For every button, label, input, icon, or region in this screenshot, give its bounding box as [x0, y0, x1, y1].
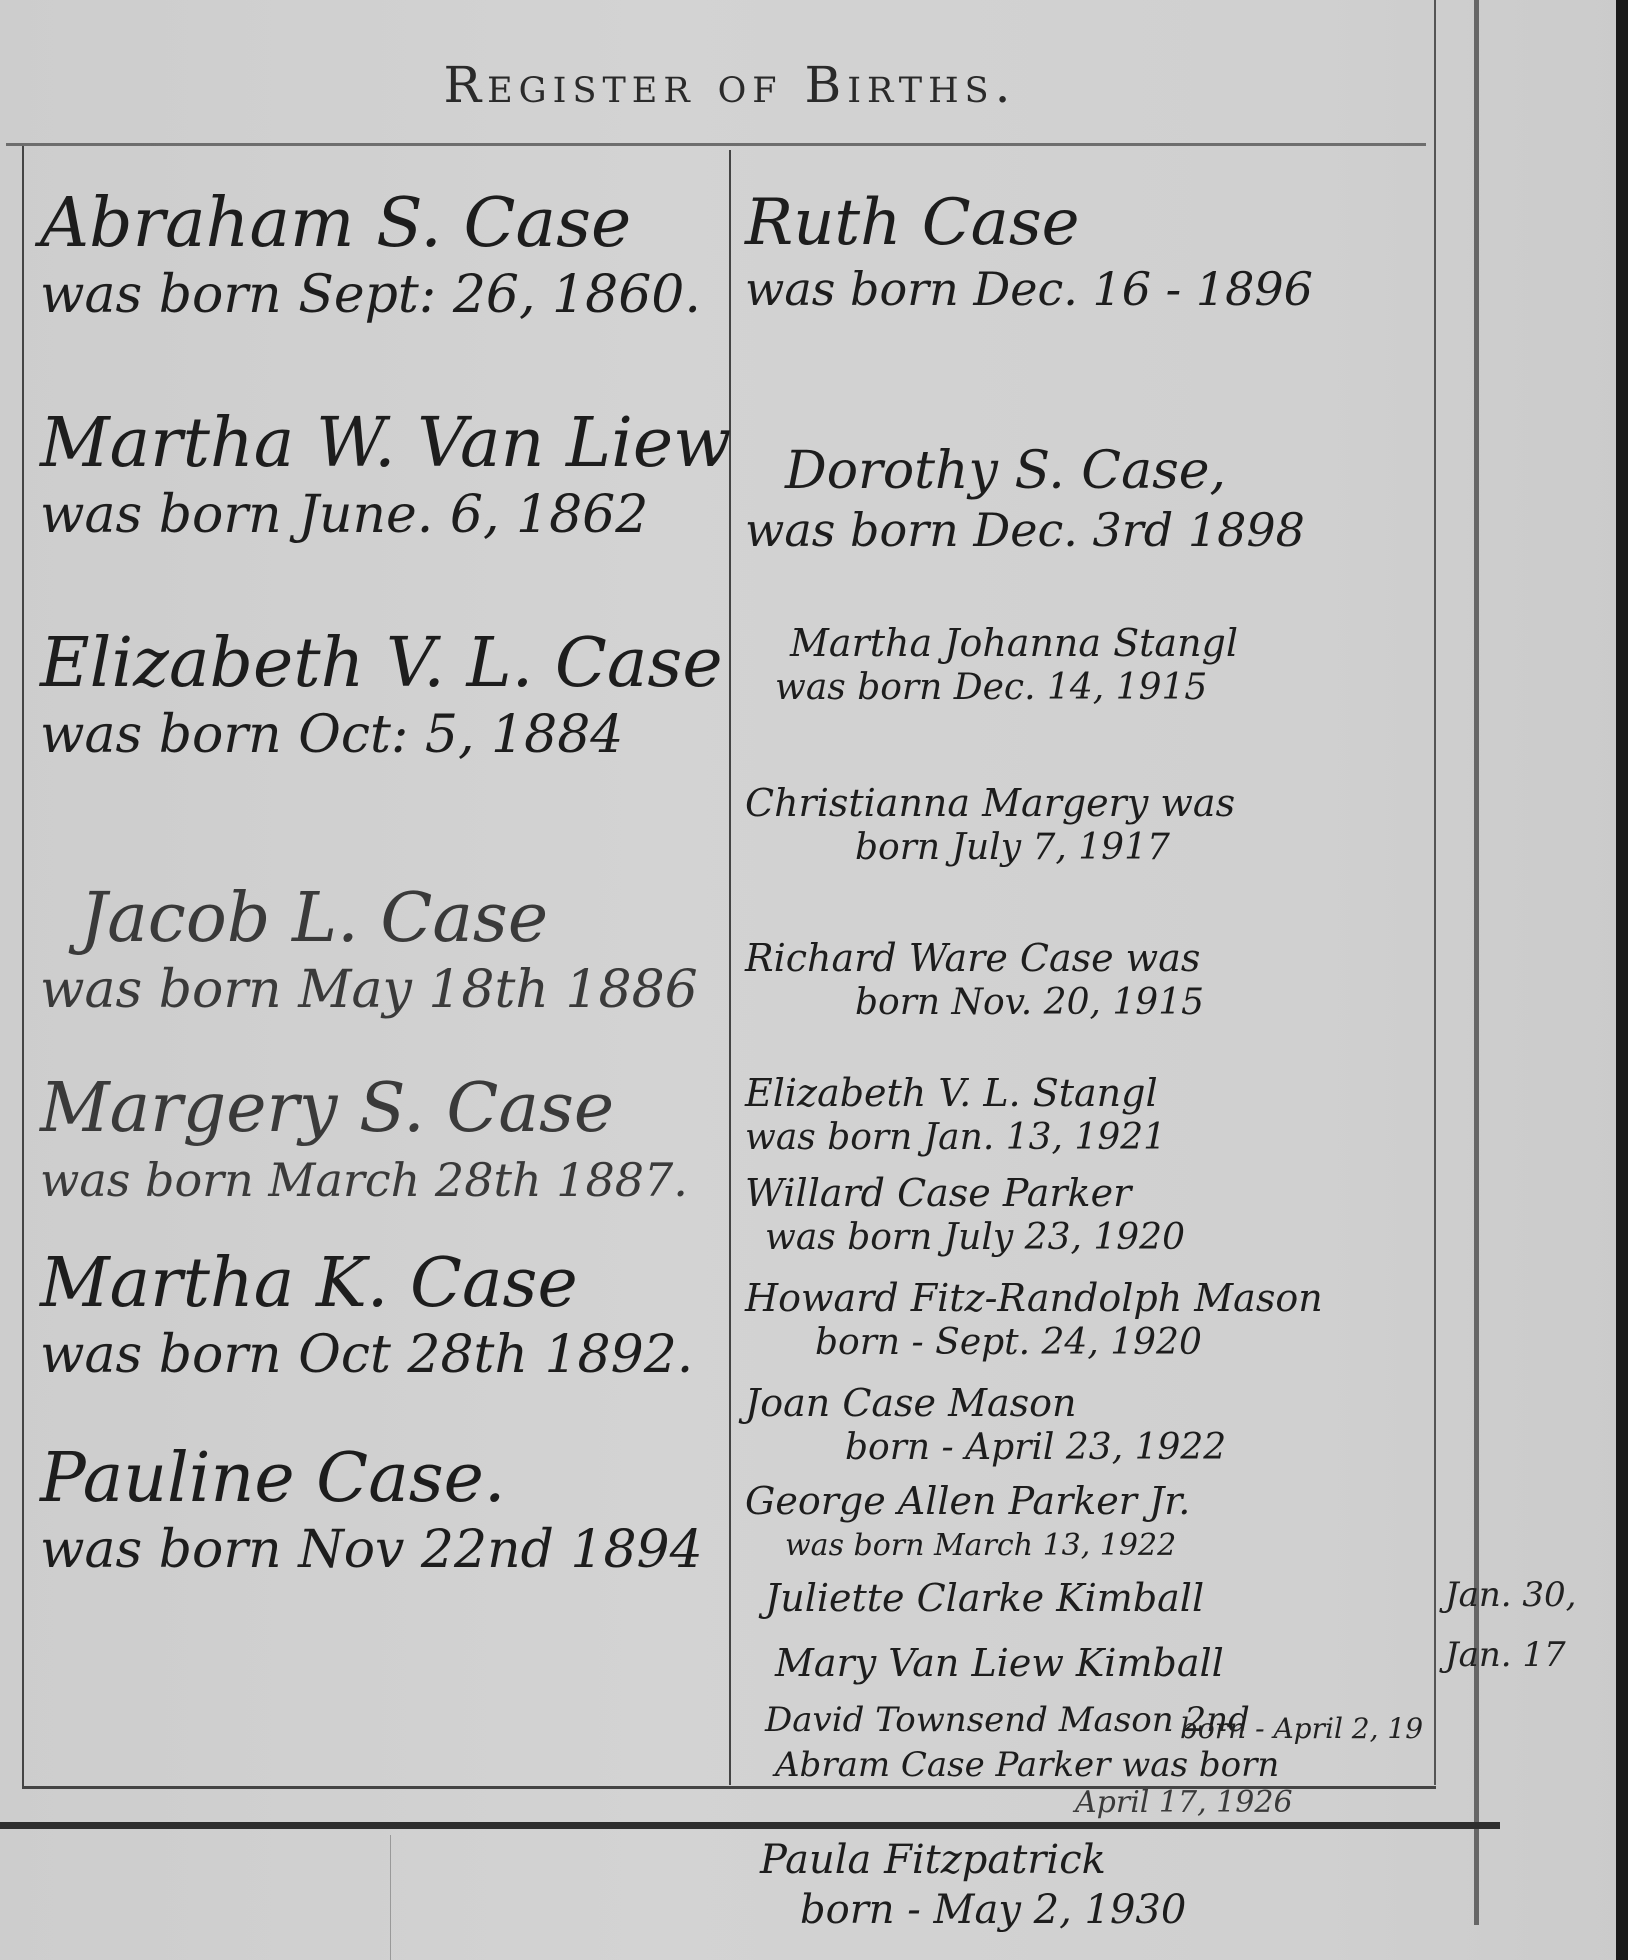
entry-name: Margery S. Case [40, 1070, 720, 1148]
margin-date: Jan. 30, [1445, 1575, 1576, 1615]
birth-entry: George Allen Parker Jr. was born March 1… [745, 1478, 1445, 1568]
entry-date: was born June. 6, 1862 [40, 483, 720, 547]
birth-entry: Martha W. Van Liew was born June. 6, 186… [40, 405, 720, 547]
entry-date: was born March 13, 1922 [745, 1524, 1445, 1568]
entry-date: was born May 18th 1886 [40, 958, 720, 1022]
birth-entry: Pauline Case. was born Nov 22nd 1894 [40, 1440, 720, 1582]
margin-date: Jan. 17 [1445, 1635, 1566, 1675]
entry-name: Juliette Clarke Kimball [745, 1575, 1445, 1621]
entry-name: Willard Case Parker [745, 1170, 1445, 1216]
header-rule [6, 143, 1426, 146]
entry-date: born Nov. 20, 1915 [745, 981, 1445, 1025]
entry-name: Abram Case Parker was born [745, 1745, 1445, 1785]
entry-name: George Allen Parker Jr. [745, 1478, 1445, 1524]
entry-date: was born Oct 28th 1892. [40, 1323, 720, 1387]
birth-entry: Juliette Clarke Kimball [745, 1575, 1445, 1621]
entry-date: April 17, 1926 [745, 1785, 1445, 1821]
page-edge-shadow [1616, 0, 1628, 1960]
entry-date: was born Sept: 26, 1860. [40, 263, 720, 327]
entry-name: Mary Van Liew Kimball [745, 1640, 1445, 1686]
entry-date: was born Dec. 16 - 1896 [745, 261, 1445, 317]
entry-name: Howard Fitz-Randolph Mason [745, 1275, 1445, 1321]
entry-date: born - Sept. 24, 1920 [745, 1321, 1445, 1365]
birth-entry: Mary Van Liew Kimball [745, 1640, 1445, 1686]
margin-date: born - April 2, 19 [1180, 1712, 1423, 1745]
birth-entry: Martha K. Case was born Oct 28th 1892. [40, 1245, 720, 1387]
birth-entry: Elizabeth V. L. Case was born Oct: 5, 18… [40, 625, 720, 767]
entry-name: Richard Ware Case was [745, 935, 1445, 981]
birth-entry: Willard Case Parker was born July 23, 19… [745, 1170, 1445, 1260]
birth-entry: Martha Johanna Stangl was born Dec. 14, … [745, 620, 1445, 710]
birth-entry: Abram Case Parker was born April 17, 192… [745, 1745, 1445, 1821]
entry-name: Ruth Case [745, 185, 1445, 261]
entry-name: Paula Fitzpatrick [760, 1835, 1186, 1885]
page-bottom-rule [0, 1822, 1500, 1829]
entry-name: Joan Case Mason [745, 1380, 1445, 1426]
entry-date: was born Oct: 5, 1884 [40, 703, 720, 767]
entry-name: Elizabeth V. L. Stangl [745, 1070, 1445, 1116]
footer-birth-entry: Paula Fitzpatrick born - May 2, 1930 [760, 1835, 1186, 1935]
register-page: Register of Births. Abraham S. Case was … [0, 0, 1628, 1960]
entry-date: was born March 28th 1887. [40, 1148, 720, 1212]
birth-entry: Margery S. Case was born March 28th 1887… [40, 1070, 720, 1212]
entry-date: born July 7, 1917 [745, 826, 1445, 870]
entry-date: born - April 23, 1922 [745, 1426, 1445, 1470]
birth-entry: Howard Fitz-Randolph Mason born - Sept. … [745, 1275, 1445, 1365]
entry-name: Martha Johanna Stangl [745, 620, 1445, 666]
birth-entry: Christianna Margery was born July 7, 191… [745, 780, 1445, 870]
entry-name: Christianna Margery was [745, 780, 1445, 826]
entry-name: Jacob L. Case [40, 880, 720, 958]
entry-name: Abraham S. Case [40, 185, 720, 263]
page-title: Register of Births. [0, 56, 1460, 114]
entry-name: Pauline Case. [40, 1440, 720, 1518]
birth-entry: Jacob L. Case was born May 18th 1886 [40, 880, 720, 1022]
faint-vertical-rule [390, 1835, 391, 1960]
birth-entry: Abraham S. Case was born Sept: 26, 1860. [40, 185, 720, 327]
birth-entry: Elizabeth V. L. Stangl was born Jan. 13,… [745, 1070, 1445, 1160]
birth-entry: Richard Ware Case was born Nov. 20, 1915 [745, 935, 1445, 1025]
entry-date: was born Dec. 3rd 1898 [745, 502, 1445, 558]
entry-date: was born July 23, 1920 [745, 1216, 1445, 1260]
entry-name: Martha K. Case [40, 1245, 720, 1323]
entry-date: was born Jan. 13, 1921 [745, 1116, 1445, 1160]
entry-name: Martha W. Van Liew [40, 405, 720, 483]
entry-date: was born Nov 22nd 1894 [40, 1518, 720, 1582]
column-divider [729, 150, 731, 1785]
frame-left-border [22, 146, 24, 1786]
entry-name: Dorothy S. Case, [745, 440, 1445, 502]
birth-entry: Ruth Case was born Dec. 16 - 1896 [745, 185, 1445, 317]
entry-date: was born Dec. 14, 1915 [745, 666, 1445, 710]
entry-name: Elizabeth V. L. Case [40, 625, 720, 703]
birth-entry: Joan Case Mason born - April 23, 1922 [745, 1380, 1445, 1470]
entry-date: born - May 2, 1930 [760, 1885, 1186, 1935]
birth-entry: Dorothy S. Case, was born Dec. 3rd 1898 [745, 440, 1445, 558]
